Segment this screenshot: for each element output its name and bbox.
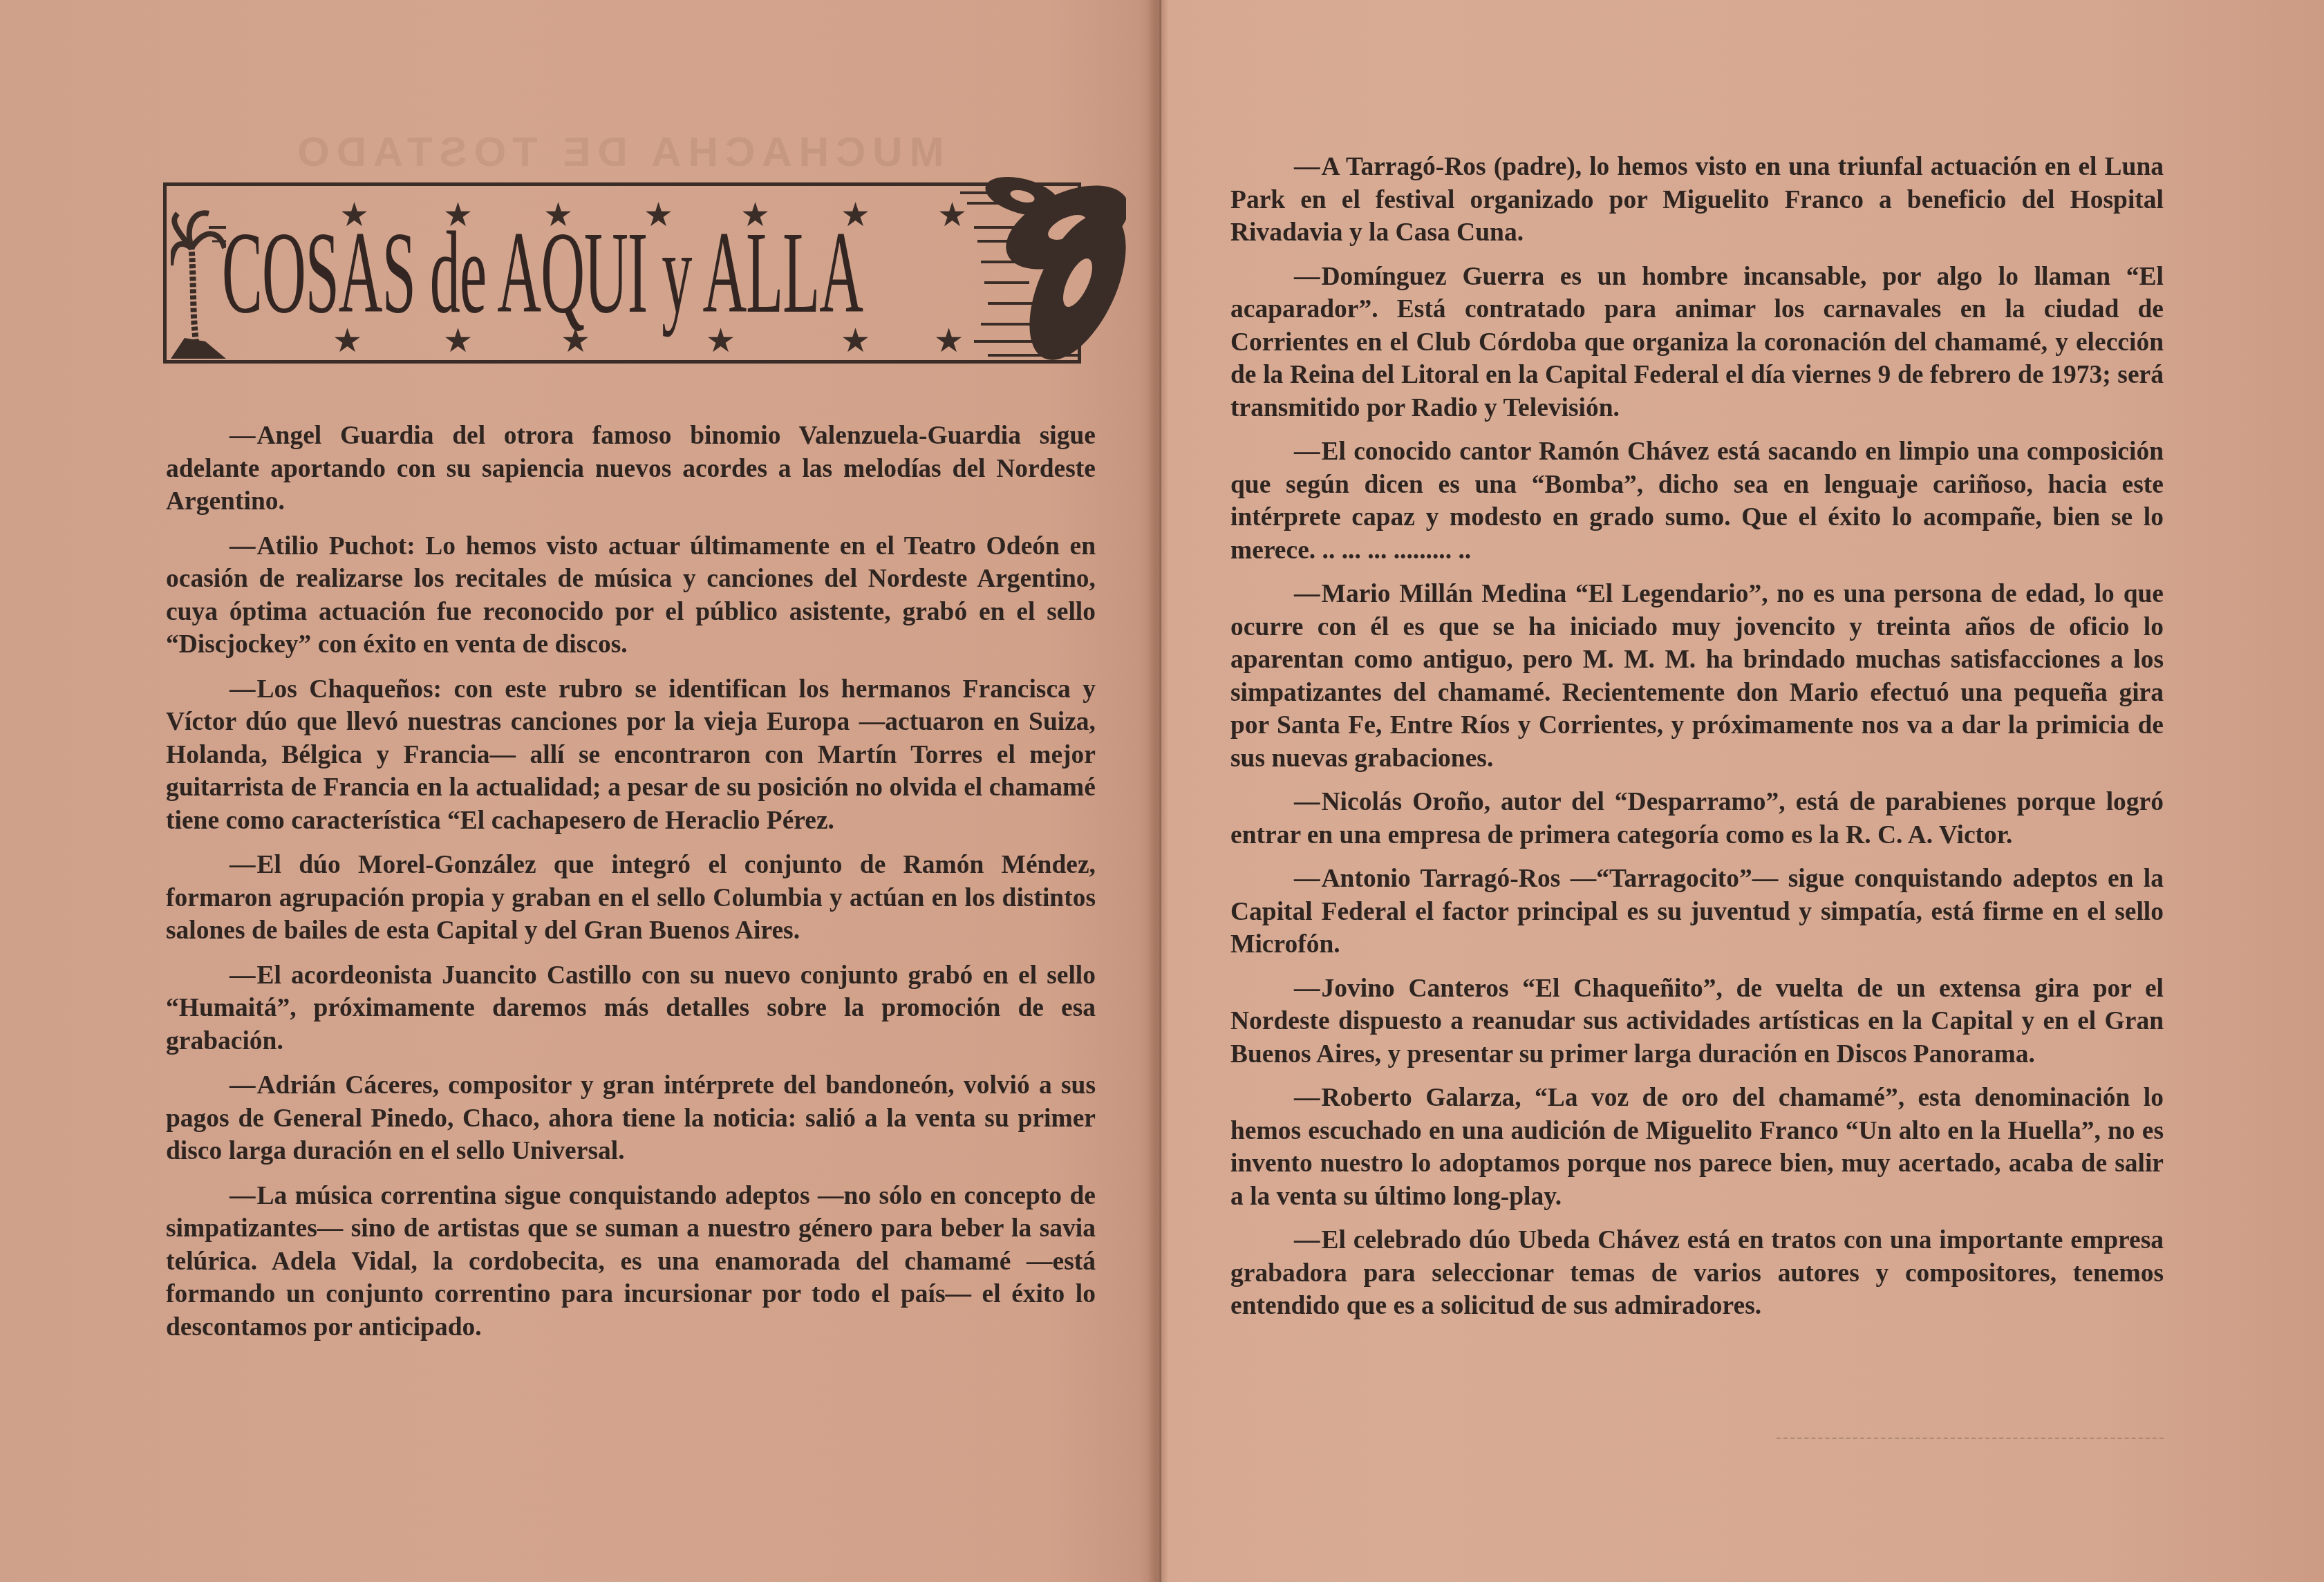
news-item: —Domínguez Guerra es un hombre incansabl…	[1230, 261, 2164, 425]
left-column: —Angel Guardia del otrora famoso binomio…	[166, 420, 1096, 1355]
news-item: —Jovino Canteros “El Chaqueñito”, de vue…	[1230, 972, 2164, 1071]
news-item: —Los Chaqueños: con este rubro se identi…	[166, 673, 1096, 838]
news-item-text: Antonio Tarragó-Ros —“Tarragocito”— sigu…	[1230, 865, 2164, 959]
news-item-text: Domínguez Guerra es un hombre incansable…	[1230, 263, 2164, 422]
section-banner: ★ ★ ★ ★ ★ ★ ★ COSAS de AQUI y ALLA ★ ★ ★…	[163, 182, 1081, 364]
star-icon: ★	[443, 324, 473, 357]
news-item: —La música correntina sigue conquistando…	[166, 1180, 1096, 1344]
news-item-text: Atilio Puchot: Lo hemos visto actuar últ…	[166, 532, 1096, 659]
news-item-text: A Tarragó-Ros (padre), lo hemos visto en…	[1230, 153, 2164, 247]
news-item: —Mario Millán Medina “El Legendario”, no…	[1230, 578, 2164, 775]
stars-bottom-row: ★ ★ ★ ★ ★ ★	[167, 324, 1078, 366]
news-item-text: El celebrado dúo Ubeda Chávez está en tr…	[1230, 1226, 2164, 1320]
news-item: —Angel Guardia del otrora famoso binomio…	[166, 420, 1096, 518]
news-item-text: El dúo Morel-González que integró el con…	[166, 851, 1096, 945]
news-item: —El dúo Morel-González que integró el co…	[166, 849, 1096, 948]
news-item: —El conocido cantor Ramón Chávez está sa…	[1230, 435, 2164, 567]
left-page: MUCHACHA DE TOSTADO ★ ★ ★ ★ ★ ★ ★ COSAS …	[0, 0, 1156, 1582]
star-icon: ★	[841, 324, 870, 357]
news-item: —El celebrado dúo Ubeda Chávez está en t…	[1230, 1224, 2164, 1323]
news-item-text: Jovino Canteros “El Chaqueñito”, de vuel…	[1230, 974, 2164, 1068]
news-item-text: Los Chaqueños: con este rubro se identif…	[166, 675, 1096, 835]
news-item: —Adrián Cáceres, compositor y gran intér…	[166, 1069, 1096, 1168]
star-icon: ★	[332, 324, 362, 357]
news-item-text: Nicolás Oroño, autor del “Desparramo”, e…	[1230, 788, 2164, 849]
show-through-mark	[1777, 1417, 2164, 1439]
right-column: —A Tarragó-Ros (padre), lo hemos visto e…	[1230, 151, 2164, 1334]
news-item-text: Angel Guardia del otrora famoso binomio …	[166, 422, 1096, 516]
news-item-text: El conocido cantor Ramón Chávez está sac…	[1230, 437, 2164, 565]
news-item-text: Adrián Cáceres, compositor y gran intérp…	[166, 1071, 1096, 1165]
news-item: —Nicolás Oroño, autor del “Desparramo”, …	[1230, 786, 2164, 851]
magazine-spread: MUCHACHA DE TOSTADO ★ ★ ★ ★ ★ ★ ★ COSAS …	[0, 0, 2324, 1582]
banner-title: COSAS de AQUI y ALLA	[222, 207, 863, 338]
show-through-text: MUCHACHA DE TOSTADO	[290, 128, 944, 176]
news-item: —El acordeonista Juancito Castillo con s…	[166, 959, 1096, 1058]
star-icon: ★	[561, 324, 590, 357]
news-item-text: Roberto Galarza, “La voz de oro del cham…	[1230, 1084, 2164, 1211]
news-item-text: El acordeonista Juancito Castillo con su…	[166, 961, 1096, 1055]
news-item: —Atilio Puchot: Lo hemos visto actuar úl…	[166, 530, 1096, 661]
vinyl-record-icon	[946, 165, 1126, 373]
news-item: —Roberto Galarza, “La voz de oro del cha…	[1230, 1082, 2164, 1213]
news-item-text: Mario Millán Medina “El Legendario”, no …	[1230, 580, 2164, 773]
star-icon: ★	[706, 324, 735, 357]
news-item: —Antonio Tarragó-Ros —“Tarragocito”— sig…	[1230, 863, 2164, 961]
news-item: —A Tarragó-Ros (padre), lo hemos visto e…	[1230, 151, 2164, 249]
news-item-text: La música correntina sigue conquistando …	[166, 1182, 1096, 1341]
